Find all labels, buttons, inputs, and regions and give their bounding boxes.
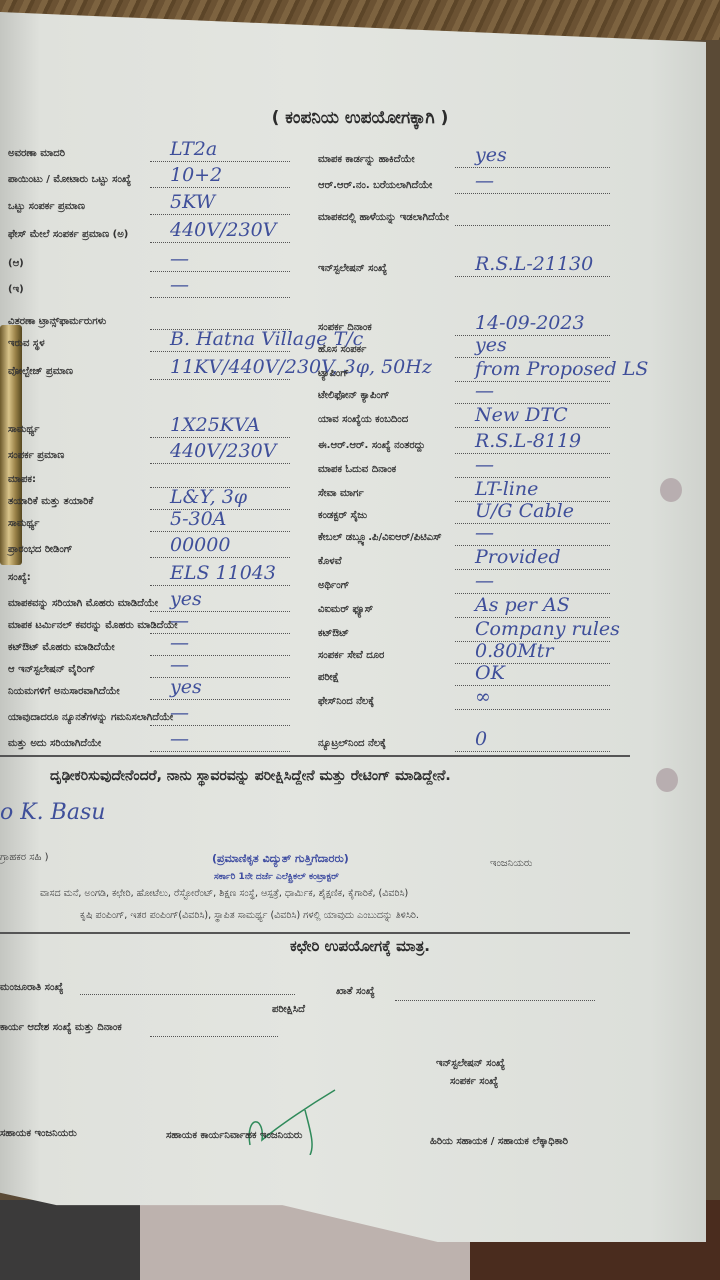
field-line <box>455 276 610 277</box>
field-label: (ಇ) <box>8 284 24 295</box>
applicant-signature: o K. Basu <box>0 800 105 825</box>
contractor-caption: (ಪ್ರಮಾಣಿಕೃತ ವಿದ್ಯುತ್ ಗುತ್ತಿಗೆದಾರರು) <box>212 852 349 866</box>
field-label: ಅವರಣಾ ಮಾದರಿ <box>8 148 65 159</box>
work-order-line <box>150 1036 278 1037</box>
field-label: ಅರ್ಥಿಂಗ್ <box>318 580 349 591</box>
account-number-label: ಖಾತೆ ಸಂಖ್ಯೆ <box>336 986 375 997</box>
field-handwritten-value[interactable]: — <box>170 654 189 676</box>
field-handwritten-value[interactable]: R.S.L-21130 <box>475 253 593 275</box>
field-label: ನಿಯಮಗಳಿಗೆ ಅನುಸಾರವಾಗಿದೆಯೇ <box>8 686 120 697</box>
field-label: ಪರೀಕ್ಷೆ <box>318 672 339 683</box>
field-handwritten-value[interactable]: 5KW <box>170 191 215 213</box>
field-label: ಫೇಸ್‌ನಿಂದ ನೆಲಕ್ಕೆ <box>318 696 374 707</box>
field-handwritten-value[interactable]: As per AS <box>475 594 570 616</box>
field-handwritten-value[interactable]: ∞ <box>475 686 491 708</box>
field-label: ಸೇವಾ ಮಾರ್ಗ <box>318 488 364 499</box>
field-line <box>150 751 290 752</box>
footer-signatory-1: ಸಹಾಯಕ ಇಂಜನಿಯರು <box>0 1128 77 1139</box>
field-label: ಇನ್‌ಸ್ಟಲೇಷನ್ ಸಂಖ್ಯೆ <box>318 263 387 274</box>
field-label: ಟ್ಯಾಪಿಂಗ್ <box>318 368 349 379</box>
field-line <box>455 193 610 194</box>
field-label: ಸಾಮರ್ಥ್ಯ <box>8 518 39 529</box>
installation-number-label: ಇನ್‌ಸ್ಟಲೇಷನ್ ಸಂಖ್ಯೆ <box>436 1058 505 1069</box>
field-line <box>455 709 610 710</box>
field-handwritten-value[interactable]: New DTC <box>475 404 568 426</box>
field-handwritten-value[interactable]: OK <box>475 662 505 684</box>
field-label: ಕೊಳವೆ <box>318 556 342 567</box>
field-handwritten-value[interactable]: — <box>475 454 494 476</box>
field-label: ಮಾಪಕ ಓದುವ ದಿನಾಂಕ <box>318 464 396 475</box>
checked-label: ಪರೀಕ್ಷಿಸಿದೆ <box>272 1004 305 1015</box>
field-line <box>150 557 290 558</box>
field-handwritten-value[interactable]: 5-30A <box>170 508 226 530</box>
field-line <box>150 242 290 243</box>
field-line <box>150 725 290 726</box>
field-label: ಪ್ರಾರಂಭದ ರೀಡಿಂಗ್ <box>8 544 72 555</box>
field-line <box>455 427 610 428</box>
field-label: ಇರುವ ಸ್ಥಳ <box>8 338 45 349</box>
field-line <box>150 379 290 380</box>
field-handwritten-value[interactable]: 10+2 <box>170 164 222 186</box>
field-handwritten-value[interactable]: LT-line <box>475 478 538 500</box>
field-label: ಆರ್.ಆರ್.ನಂ. ಬರೆಯಲಾಗಿದೆಯೇ <box>318 180 432 191</box>
pen-object <box>0 325 22 565</box>
field-label: ಸಂಪರ್ಕ ಪ್ರಮಾಣ <box>8 450 64 461</box>
green-ink-signature <box>240 1085 340 1155</box>
field-line <box>150 531 290 532</box>
field-handwritten-value[interactable]: Provided <box>475 546 561 568</box>
field-label: ತಯಾರಿಕೆ ಮತ್ತು ತಯಾರಿಕೆ <box>8 496 93 507</box>
field-line <box>150 214 290 215</box>
field-handwritten-value[interactable]: — <box>475 570 494 592</box>
field-line <box>150 437 290 438</box>
field-label: ನ್ಯೂಟ್ರಲ್‌ನಿಂದ ನೆಲಕ್ಕೆ <box>318 738 386 749</box>
field-line <box>150 463 290 464</box>
field-label: ಒಟ್ಟು ಸಂಪರ್ಕ ಪ್ರಮಾಣ <box>8 201 85 212</box>
work-order-label: ಕಾರ್ಯ ಆದೇಶ ಸಂಖ್ಯೆ ಮತ್ತು ದಿನಾಂಕ <box>0 1022 122 1033</box>
field-label: ಸಂಪರ್ಕ ದಿನಾಂಕ <box>318 322 372 333</box>
footer-signatory-2: ಸಹಾಯಕ ಕಾರ್ಯನಿರ್ವಾಹಕ ಇಂಜನಿಯರು <box>166 1130 302 1141</box>
field-line <box>150 351 290 352</box>
field-handwritten-value[interactable]: — <box>170 274 189 296</box>
field-label: ಕೇಬಲ್ ಡಬ್ಲ್ಯೂ.ಪಿ/ವಿಐಆರ್/ಪಿಟಿಎಸ್ <box>318 532 442 543</box>
field-label: ಮಾಪಕ ಟರ್ಮಿನಲ್ ಕವರನ್ನು ಮೊಹರು ಮಾಡಿದೆಯೇ <box>8 620 178 631</box>
field-label: ಸಂಪರ್ಕ ಸೇವೆ ದೂರ <box>318 650 384 661</box>
field-handwritten-value[interactable]: 00000 <box>170 534 230 556</box>
field-handwritten-value[interactable]: — <box>170 728 189 750</box>
field-label: ವಿತರಣಾ ಟ್ರಾನ್ಸ್‌ಫಾರ್ಮರುಗಳು <box>8 316 106 327</box>
field-label: ಕಟ್‌ಔಟ್ ಮೊಹರು ಮಾಡಿದೆಯೇ <box>8 642 115 653</box>
field-handwritten-value[interactable]: — <box>170 632 189 654</box>
category-line-1: ವಾಸದ ಮನೆ, ಅಂಗಡಿ, ಕಛೇರಿ, ಹೋಟೆಲು, ರೆಸ್ಟೋರೆ… <box>40 888 408 899</box>
field-label: ಈ.ಆರ್.ಆರ್. ಸಂಖ್ಯೆ ನಂತರದ್ದು <box>318 440 425 451</box>
field-handwritten-value[interactable]: — <box>170 702 189 724</box>
certification-statement: ದೃಢೀಕರಿಸುವುದೇನೆಂದರೆ, ನಾನು ಸ್ಥಾವರವನ್ನು ಪರ… <box>50 768 451 784</box>
engineer-caption: ಇಂಜನಿಯರು <box>490 858 532 869</box>
connection-number-label: ಸಂಪರ್ಕ ಸಂಖ್ಯೆ <box>450 1076 498 1087</box>
field-label: ಕಂಡಕ್ಟರ್ ಸೈಜು <box>318 510 367 521</box>
field-label: ಯಾವ ಸಂಖ್ಯೆಯ ಕಂಬದಿಂದ <box>318 414 408 425</box>
field-handwritten-value[interactable]: 11KV/440V/230V, 3φ, 50Hz <box>170 356 432 378</box>
field-handwritten-value[interactable]: 0 <box>475 728 487 750</box>
field-label: ವೋಲ್ಟೇಜ್ ಪ್ರಮಾಣ <box>8 366 73 377</box>
field-label: ಟೇಲಿಫೋನ್ ಕ್ಯಾಪಿಂಗ್ <box>318 390 389 401</box>
field-line <box>150 161 290 162</box>
field-line <box>150 187 290 188</box>
field-label: ಸಂಖ್ಯೆ: <box>8 572 31 583</box>
field-handwritten-value[interactable]: 440V/230V <box>170 219 276 241</box>
field-label: ಸಾಮರ್ಥ್ಯ <box>8 424 39 435</box>
field-handwritten-value[interactable]: LT2a <box>170 138 217 160</box>
divider <box>0 755 630 757</box>
field-handwritten-value[interactable]: yes <box>170 676 202 698</box>
field-label: ಆ ಇನ್‌ಸ್ಟಲೇಷನ್ ವೈರಿಂಗ್ <box>8 664 95 675</box>
field-line <box>150 585 290 586</box>
field-label: ಮಾಪಕ: <box>8 474 36 485</box>
field-label: ಮಾಪಕವನ್ನು ಸರಿಯಾಗಿ ಮೊಹರು ಮಾಡಿದೆಯೇ <box>8 598 158 609</box>
field-handwritten-value[interactable]: — <box>475 380 494 402</box>
punch-hole <box>660 478 682 502</box>
punch-hole <box>656 768 678 792</box>
field-label: ಕಟ್‌ಔಟ್ <box>318 628 349 639</box>
office-use-heading: ಕಛೇರಿ ಉಪಯೋಗಕ್ಕೆ ಮಾತ್ರ. <box>0 937 720 955</box>
field-handwritten-value[interactable]: ELS 11043 <box>170 562 276 584</box>
divider <box>0 932 630 934</box>
field-handwritten-value[interactable]: 0.80Mtr <box>475 640 553 662</box>
field-handwritten-value[interactable]: yes <box>170 588 202 610</box>
field-label: ಮಾಪಕದಲ್ಲಿ ಹಾಳೆಯನ್ನು ಇಡಲಾಗಿದೆಯೇ <box>318 212 449 223</box>
approval-number-label: ಮಂಜೂರಾತಿ ಸಂಖ್ಯೆ <box>0 982 63 993</box>
field-label: ಮಾಪಕ ಕಾರ್ಡನ್ನು ಹಾಕಿದೆಯೇ <box>318 154 415 165</box>
field-handwritten-value[interactable]: from Proposed LS <box>475 358 648 380</box>
field-label: ಹೊಸ ಸಂಪರ್ಕ <box>318 344 366 355</box>
field-handwritten-value[interactable]: — <box>170 248 189 270</box>
field-handwritten-value[interactable]: U/G Cable <box>475 500 574 522</box>
form-heading: ( ಕಂಪನಿಯ ಉಪಯೋಗಕ್ಕಾಗಿ ) <box>0 108 720 128</box>
approval-number-line <box>80 994 295 995</box>
applicant-signature-caption: ಗ್ರಾಹಕರ ಸಹಿ ) <box>0 852 49 863</box>
field-handwritten-value[interactable]: 14-09-2023 <box>475 312 585 334</box>
footer-signatory-3: ಹಿರಿಯ ಸಹಾಯಕ / ಸಹಾಯಕ ಲೆಕ್ಕಾಧಿಕಾರಿ <box>430 1136 568 1147</box>
field-handwritten-value[interactable]: 1X25KVA <box>170 414 260 436</box>
field-label: ಯಾವುದಾದರೂ ನ್ಯೂನತೆಗಳನ್ನು ಗಮನಿಸಲಾಗಿದೆಯೇ <box>8 712 173 723</box>
field-handwritten-value[interactable]: — <box>170 610 189 632</box>
account-number-line <box>395 1000 595 1001</box>
field-line <box>150 271 290 272</box>
field-label: ವಿಐಮರ್ ಫ್ಯೂಸ್ <box>318 604 373 615</box>
field-handwritten-value[interactable]: — <box>475 170 494 192</box>
field-handwritten-value[interactable]: yes <box>475 144 507 166</box>
field-handwritten-value[interactable]: — <box>475 522 494 544</box>
field-label: (ಆ) <box>8 258 24 269</box>
contractor-stamp: ಸರ್ಕಾರಿ 1ನೇ ದರ್ಜೆ ಎಲೆಕ್ಟ್ರಿಕಲ್ ಕಂಟ್ರಾಕ್ಟ… <box>214 872 339 882</box>
field-line <box>150 699 290 700</box>
field-handwritten-value[interactable]: yes <box>475 334 507 356</box>
field-line <box>455 751 610 752</box>
field-line <box>455 167 610 168</box>
field-label: ಮತ್ತು ಅದು ಸರಿಯಾಗಿದೆಯೇ <box>8 738 101 749</box>
field-handwritten-value[interactable]: Company rules <box>475 618 620 640</box>
field-label: ಫೇಸ್ ಮೇಲೆ ಸಂಪರ್ಕ ಪ್ರಮಾಣ (ಅ) <box>8 229 128 240</box>
field-line <box>150 297 290 298</box>
category-line-2: ಕೃಷಿ ಪಂಪಿಂಗ್, ಇತರ ಪಂಪಿಂಗ್(ವಿವರಿಸಿ), ಸ್ಥಾ… <box>80 910 419 921</box>
field-label: ಪಾಯಿಂಟು / ಮೋಟಾರು ಒಟ್ಟು ಸಂಖ್ಯೆ <box>8 174 131 185</box>
field-handwritten-value[interactable]: 440V/230V <box>170 440 276 462</box>
field-line <box>455 225 610 226</box>
field-handwritten-value[interactable]: R.S.L-8119 <box>475 430 581 452</box>
field-handwritten-value[interactable]: L&Y, 3φ <box>170 486 247 508</box>
